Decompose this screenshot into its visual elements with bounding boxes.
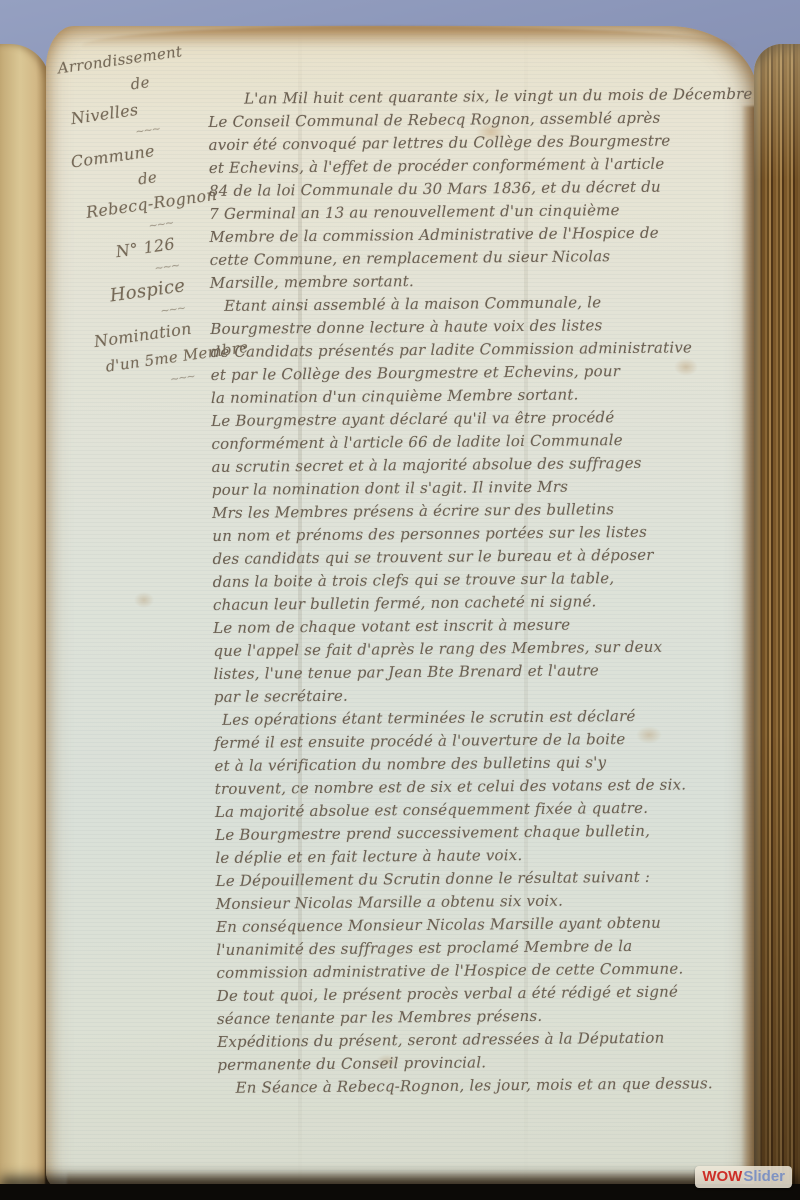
left-page-edge bbox=[0, 44, 50, 1188]
watermark-wow-label: WOW bbox=[702, 1168, 742, 1185]
table-shadow bbox=[0, 1184, 800, 1200]
wowslider-watermark[interactable]: WOW Slider bbox=[695, 1166, 792, 1188]
watermark-slider-label: Slider bbox=[743, 1168, 785, 1185]
paper-stain bbox=[134, 592, 154, 608]
manuscript-page: Arrondissement de Nivelles ~~~ Commune d… bbox=[46, 26, 758, 1187]
photo-canvas: Arrondissement de Nivelles ~~~ Commune d… bbox=[0, 0, 800, 1200]
manuscript-body: L'an Mil huit cent quarante six, le ving… bbox=[208, 83, 778, 1100]
manuscript-line: En Séance à Rebecq-Rognon, les jour, moi… bbox=[217, 1072, 777, 1100]
book-fore-edge bbox=[754, 44, 800, 1188]
